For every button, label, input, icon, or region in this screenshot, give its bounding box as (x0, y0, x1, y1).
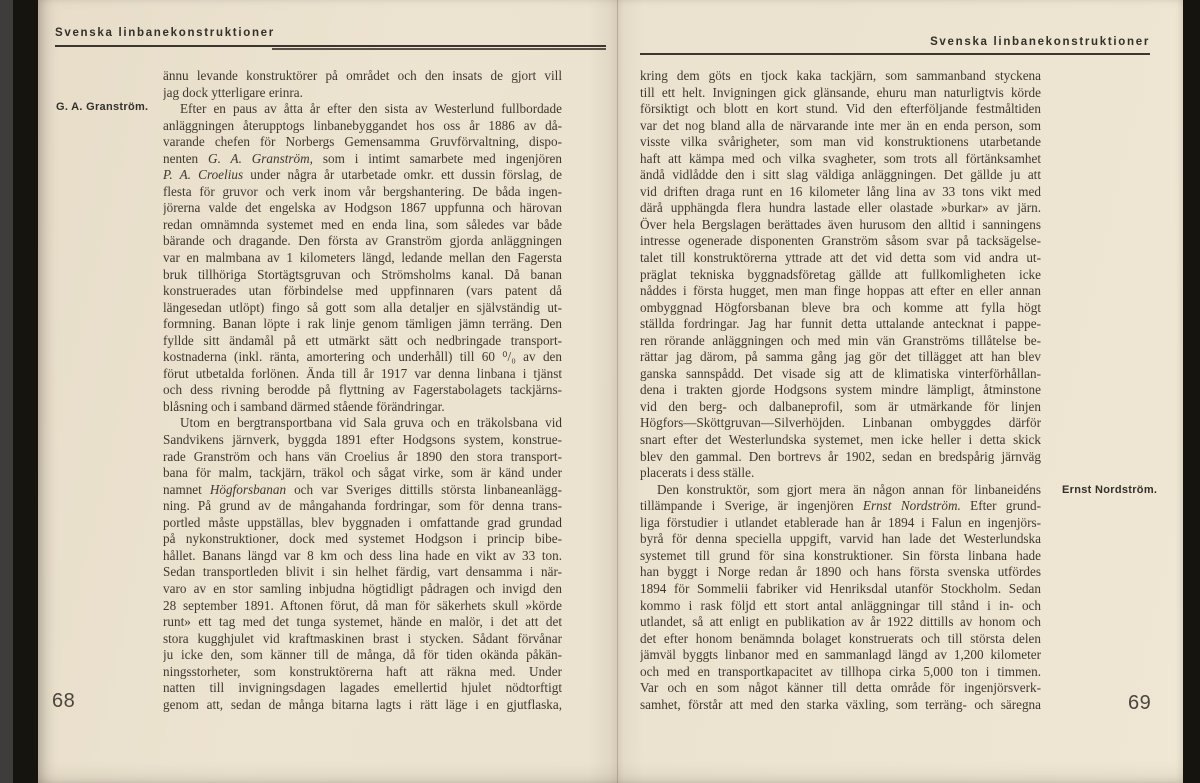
text-line: portled måste uppställas, blev byggnaden… (163, 515, 562, 532)
text-line: längesedan utlöpt) fingo så gott som all… (163, 300, 562, 317)
text-line: ganska sannspådd. Det visade sig att de … (640, 366, 1041, 383)
text-line: stora kugghjulet vid kraftmaskinen brast… (163, 631, 562, 648)
text-line: förut utbetalda forlönen. Ända till år 1… (163, 366, 562, 383)
text-line: genom att, sedan de många bitarna lagts … (163, 697, 562, 714)
text-line: vid driften draga runt en 16 kilometer l… (640, 184, 1041, 201)
text-line: konstruerades utan förbindelse med uppfi… (163, 283, 562, 300)
gutter-shadow (588, 0, 644, 783)
text-line: kostnaderna (inkl. ränta, amortering och… (163, 349, 562, 366)
text-line: ju icke den, som känner till de många, d… (163, 647, 562, 664)
text-line: Över hela Bergslagen berättades även hur… (640, 217, 1041, 234)
text-line: bärande och dragande. Den första av Gran… (163, 233, 562, 250)
text-line: vid den berg- och dalbaneprofil, som är … (640, 399, 1041, 416)
text-line: jämväl byggts linbanor med en sammanlagd… (640, 647, 1041, 664)
header-rule-left-double (272, 48, 606, 50)
text-line: natten till invigningsdagen lagades emel… (163, 680, 562, 697)
text-line: snart efter det Westerlundska systemet, … (640, 432, 1041, 449)
text-line: haft att kämpa med och vilka svagheter, … (640, 151, 1041, 168)
text-line: Efter en paus av åtta år efter den sista… (163, 101, 562, 118)
text-line: var det nog bland alla de närvarande int… (640, 118, 1041, 135)
text-line: bruk tillhöriga Stortägtsgruvan och Strö… (163, 267, 562, 284)
running-head-left: Svenska linbanekonstruktioner (55, 27, 275, 39)
running-head-right: Svenska linbanekonstruktioner (640, 36, 1150, 48)
text-line: kommo i rask följd ett stort antal anläg… (640, 598, 1041, 615)
text-line: intresse ogenerade disponenten Granström… (640, 233, 1041, 250)
text-line: liga förstudier i utlandet etablerade ha… (640, 515, 1041, 532)
text-line: rättar jag därom, på samma gång jag gör … (640, 349, 1041, 366)
header-rule-right (640, 53, 1150, 55)
text-line: utlandet, så att enligt en publikation a… (640, 614, 1041, 631)
text-line: 28 september 1891. Aftonen förut, då man… (163, 598, 562, 615)
text-line: varande chefen för Norbergs Gemensamma G… (163, 134, 562, 151)
text-line: Utom en bergtransportbana vid Sala gruva… (163, 415, 562, 432)
gutter-crease (617, 0, 618, 783)
text-line: visste vilka svårigheter, som man vid ko… (640, 134, 1041, 151)
text-line: jag dock ytterligare erinra. (163, 85, 562, 102)
text-line: nåddes i första hugget, men man finge ho… (640, 283, 1041, 300)
text-line: byrå för denna speciella uppgift, varvid… (640, 531, 1041, 548)
text-line: redan omnämnda systemet med en enda lina… (163, 217, 562, 234)
right-page-text-column: kring dem göts en tjock kaka tackjärn, s… (640, 68, 1041, 713)
text-line: bana för malm, tackjärn, träkol och såga… (163, 465, 562, 482)
text-line: anläggningen återupptogs linbanebyggande… (163, 118, 562, 135)
page-number-left: 68 (52, 690, 75, 713)
text-line: jörerna valde det engelska av Hodgson 18… (163, 200, 562, 217)
text-line: fyllde sitt ändamål på ett utmärkt sätt … (163, 333, 562, 350)
text-line: placerats i dess ställe. (640, 465, 1041, 482)
text-line: och med en transportkapacitet av tillhop… (640, 664, 1041, 681)
text-line: Sedan transportleden blivit i sin helhet… (163, 564, 562, 581)
text-line: försiktigt och blott en kort stund. Vid … (640, 101, 1041, 118)
text-line: ningsstorheter, som konstruktörerna haft… (163, 664, 562, 681)
text-line: runt» ett tag med det tunga systemet, hä… (163, 614, 562, 631)
text-line: samhet, förstår att med den starka växli… (640, 697, 1041, 714)
text-line: 1894 för Sommelii fabriker vid Henriksda… (640, 581, 1041, 598)
text-line: Var och en som något känner till detta o… (640, 680, 1041, 697)
text-line: talet till konstruktörerna yttrade att d… (640, 250, 1041, 267)
page-number-right: 69 (1128, 692, 1151, 715)
text-line: präglat tekniska byggnadsföretag gällde … (640, 267, 1041, 284)
text-line: ren rörande anläggningen och med min vän… (640, 333, 1041, 350)
text-line: Högfors—Sköttgruvan—Silverhöjden. Linban… (640, 415, 1041, 432)
text-line: blev den gammal. Den bortrevs år 1902, s… (640, 449, 1041, 466)
text-line: ställda fordringar. Jag har funnit detta… (640, 316, 1041, 333)
margin-note-nordstrom: Ernst Nordström. (1062, 484, 1157, 496)
text-line: blåsning och i samband därmed stående fö… (163, 399, 562, 416)
text-line: ombyggnad Högforsbanan bleve bra och kom… (640, 300, 1041, 317)
text-line: ännu levande konstruktörer på området oc… (163, 68, 562, 85)
text-line: kring dem göts en tjock kaka tackjärn, s… (640, 68, 1041, 85)
text-line: ändå vidlådde den i sitt slag väldiga an… (640, 167, 1041, 184)
left-page-text-column: ännu levande konstruktörer på området oc… (163, 68, 562, 713)
text-line: och dess rivning berodde på flyttning av… (163, 382, 562, 399)
text-line: P. A. Croelius under några år utarbetade… (163, 167, 562, 184)
text-line: det efter honom benämnda bolaget konstru… (640, 631, 1041, 648)
margin-note-granstrom: G. A. Granström. (56, 101, 148, 113)
text-line: Den konstruktör, som gjort mera än någon… (640, 482, 1041, 499)
text-line: hållet. Banans längd var 8 km och dess l… (163, 548, 562, 565)
scan-left-edge (0, 0, 13, 783)
text-line: dena i trakten gjorde Hodgsons system mi… (640, 382, 1041, 399)
header-rule-left (55, 45, 606, 47)
text-line: han byggt i Norge redan år 1890 och hans… (640, 564, 1041, 581)
text-line: rade Granström och hans vän Croelius år … (163, 449, 562, 466)
text-line: Sandvikens järnverk, byggda 1891 efter H… (163, 432, 562, 449)
text-line: systemet till grund för sina konstruktio… (640, 548, 1041, 565)
text-line: var en malmbana av 1 kilometers längd, l… (163, 250, 562, 267)
text-line: flesta för gruvor och verk inom vår berg… (163, 184, 562, 201)
book-spread-scan: Svenska linbanekonstruktioner G. A. Gran… (0, 0, 1200, 783)
text-line: till ett helt. Invigningen gick glänsand… (640, 85, 1041, 102)
text-line: tillämpande i Sverige, är ingenjören Ern… (640, 498, 1041, 515)
text-line: på nykonstruktioner, dock med systemet H… (163, 531, 562, 548)
text-line: namnet Högforsbanan och var Sveriges dit… (163, 482, 562, 499)
text-line: därå upphängda flera hundra lastade elle… (640, 200, 1041, 217)
text-line: formning. Banan löpte i rak linje genom … (163, 316, 562, 333)
text-line: nenten G. A. Granström, som i intimt sam… (163, 151, 562, 168)
text-line: varo av en stor samling inbjudna högtidl… (163, 581, 562, 598)
text-line: ning. På grund av de mångahanda fordring… (163, 498, 562, 515)
